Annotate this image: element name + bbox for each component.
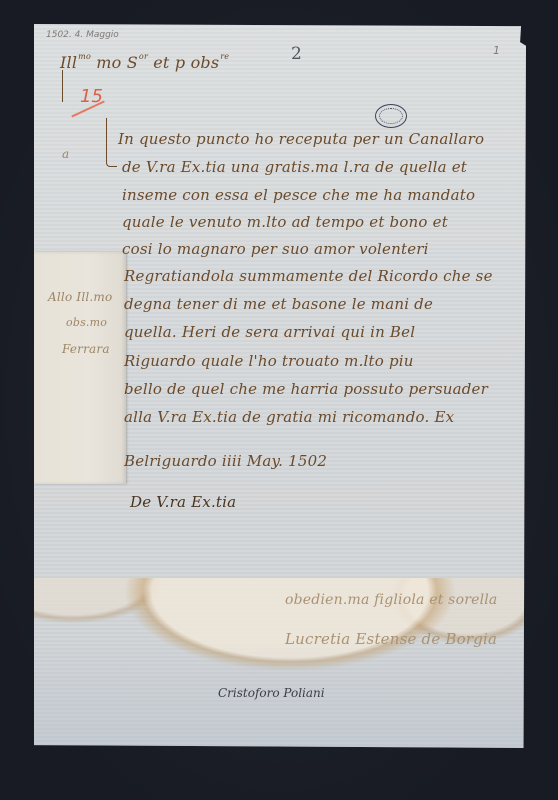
- library-stamp: [375, 104, 407, 128]
- salutation-patron: et p: [153, 53, 185, 72]
- salutation-sup: mo: [78, 52, 91, 61]
- address-line-1: Allo Ill.mo: [48, 290, 112, 304]
- archival-signature: Cristoforo Poliani: [218, 686, 325, 700]
- closing: De V.ra Ex.tia: [130, 493, 236, 511]
- margin-mark: a: [62, 147, 69, 161]
- initial-letter-flourish: [106, 118, 117, 167]
- body-line-3: inseme con essa el pesce che me ha manda…: [122, 186, 475, 204]
- body-line-5: cosi lo magnaro per suo amor volenteri: [122, 240, 429, 258]
- salutation-flourish: [62, 70, 71, 102]
- address-line-3: Ferrara: [62, 342, 110, 356]
- salutation: Illmo mo Sor et p obsre: [60, 52, 229, 72]
- address-flap: [34, 252, 126, 484]
- page-counter: 2: [291, 44, 302, 64]
- body-line-11: alla V.ra Ex.tia de gratia mi ricomando.…: [124, 408, 454, 426]
- body-line-2: de V.ra Ex.tia una gratis.ma l.ra de que…: [122, 158, 467, 176]
- body-line-9: Riguardo quale l'ho trouato m.lto piu: [124, 352, 414, 370]
- address-line-2: obs.mo: [66, 316, 107, 329]
- salutation-signore: mo S: [96, 53, 138, 72]
- signature-line-1: obedien.ma figliola et sorella: [285, 592, 497, 608]
- archival-date-note: 1502. 4. Maggio: [46, 30, 119, 40]
- body-line-7: degna tener di me et basone le mani de: [124, 295, 433, 313]
- body-line-6: Regratiandola summamente del Ricordo che…: [124, 267, 493, 285]
- body-line-4: quale le venuto m.lto ad tempo et bono e…: [122, 213, 448, 231]
- salutation-sup: or: [139, 52, 148, 61]
- body-line-8: quella. Heri de sera arrivai qui in Bel: [124, 323, 415, 341]
- body-line-date: Belriguardo iiii May. 1502: [124, 452, 327, 470]
- salutation-obs: obs: [191, 53, 220, 72]
- body-line-1: In questo puncto ho receputa per un Cana…: [118, 130, 484, 148]
- folio-number: 1: [493, 44, 500, 57]
- salutation-sup: re: [220, 52, 229, 61]
- signature-line-2: Lucretia Estense de Borgia: [285, 630, 497, 648]
- body-line-10: bello de quel che me harria possuto pers…: [124, 380, 488, 398]
